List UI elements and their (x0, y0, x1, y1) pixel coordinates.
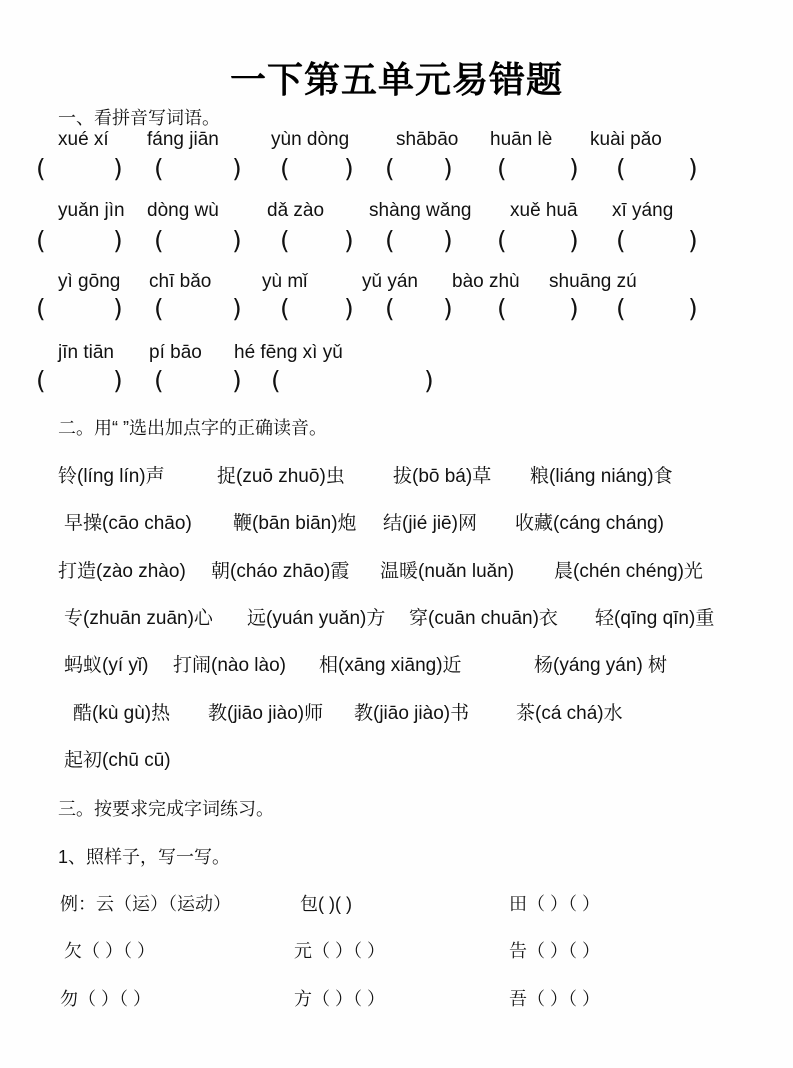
practice-cell[interactable]: 田（ ）（ ） (509, 890, 600, 916)
answer-blank-open-paren: ( (385, 154, 395, 183)
pinyin-prompt: xuě huā (510, 200, 578, 222)
practice-cell[interactable]: 欠（ ）（ ） (64, 937, 155, 963)
pinyin-prompt: xī yáng (612, 200, 673, 222)
answer-blank[interactable] (628, 230, 688, 256)
pinyin-prompt: yuǎn jìn (58, 200, 125, 222)
answer-blank-open-paren: ( (280, 226, 290, 255)
example-cell: 例：云（运）（运动） (60, 890, 231, 916)
reading-choice-item[interactable]: 捉(zuō zhuō)虫 (217, 461, 345, 488)
answer-blank-open-paren: ( (154, 366, 164, 395)
answer-blank-open-paren: ( (271, 366, 281, 395)
answer-blank-close-paren: ) (344, 154, 354, 183)
section3-subheading: 1、照样子，写一写。 (58, 843, 230, 869)
reading-choice-item[interactable]: 起初(chū cū) (64, 745, 171, 772)
reading-choice-item[interactable]: 温暖(nuǎn luǎn) (380, 556, 514, 583)
answer-blank-open-paren: ( (36, 366, 46, 395)
reading-choice-item[interactable]: 蚂蚁(yí yǐ) (64, 650, 148, 677)
answer-blank[interactable] (166, 370, 232, 396)
answer-blank[interactable] (48, 298, 113, 324)
answer-blank[interactable] (166, 158, 232, 184)
answer-blank[interactable] (292, 298, 344, 324)
worksheet-page: 一下第五单元易错题 一、看拼音写词语。 xué xífáng jiānyùn d… (0, 0, 793, 1068)
answer-blank-close-paren: ) (232, 226, 242, 255)
section3-heading: 三。按要求完成字词练习。 (58, 795, 274, 821)
reading-choice-item[interactable]: 结(jié jiē)网 (383, 508, 477, 535)
reading-choice-item[interactable]: 茶(cá chá)水 (516, 698, 623, 725)
practice-cell[interactable]: 告（ ）（ ） (509, 937, 600, 963)
answer-blank-open-paren: ( (36, 154, 46, 183)
reading-choice-item[interactable]: 晨(chén chéng)光 (554, 556, 703, 583)
reading-choice-item[interactable]: 轻(qīng qīn)重 (595, 603, 714, 630)
answer-blank-open-paren: ( (497, 294, 507, 323)
pinyin-prompt: hé fēng xì yǔ (234, 342, 343, 364)
reading-choice-item[interactable]: 远(yuán yuǎn)方 (247, 603, 385, 630)
answer-blank-close-paren: ) (688, 294, 698, 323)
reading-choice-item[interactable]: 粮(liáng niáng)食 (530, 461, 673, 488)
answer-blank-close-paren: ) (569, 226, 579, 255)
reading-choice-item[interactable]: 杨(yáng yán) 树 (534, 650, 667, 677)
answer-blank-close-paren: ) (443, 154, 453, 183)
pinyin-prompt: dòng wù (147, 200, 219, 222)
answer-blank-close-paren: ) (113, 366, 123, 395)
answer-blank-close-paren: ) (232, 366, 242, 395)
reading-choice-item[interactable]: 打造(zào zhào) (58, 556, 186, 583)
reading-choice-item[interactable]: 打闹(nào lào) (173, 650, 286, 677)
answer-blank[interactable] (166, 298, 232, 324)
answer-blank-open-paren: ( (385, 294, 395, 323)
pinyin-prompt: huān lè (490, 129, 552, 151)
practice-cell[interactable]: 勿（ ）（ ） (60, 985, 151, 1011)
pinyin-prompt: fáng jiān (147, 129, 219, 151)
answer-blank-open-paren: ( (280, 294, 290, 323)
practice-cell[interactable]: 元（ ）（ ） (294, 937, 385, 963)
answer-blank[interactable] (397, 158, 443, 184)
answer-blank[interactable] (48, 158, 113, 184)
answer-blank-open-paren: ( (385, 226, 395, 255)
answer-blank-close-paren: ) (569, 294, 579, 323)
reading-choice-item[interactable]: 早操(cāo chāo) (64, 508, 192, 535)
answer-blank-open-paren: ( (616, 294, 626, 323)
answer-blank[interactable] (166, 230, 232, 256)
answer-blank[interactable] (283, 370, 424, 396)
answer-blank[interactable] (397, 298, 443, 324)
reading-choice-item[interactable]: 穿(cuān chuān)衣 (409, 603, 558, 630)
section1-heading: 一、看拼音写词语。 (58, 104, 220, 130)
reading-choice-item[interactable]: 收藏(cáng cháng) (515, 508, 664, 535)
answer-blank-open-paren: ( (154, 154, 164, 183)
answer-blank[interactable] (292, 230, 344, 256)
answer-blank-open-paren: ( (497, 226, 507, 255)
pinyin-prompt: yǔ yán (362, 271, 418, 293)
pinyin-prompt: shuāng zú (549, 271, 637, 293)
answer-blank-open-paren: ( (154, 226, 164, 255)
pinyin-prompt: chī bǎo (149, 271, 211, 293)
reading-choice-item[interactable]: 酷(kù gù)热 (73, 698, 170, 725)
practice-cell[interactable]: 包( )( ) (300, 890, 352, 916)
answer-blank-close-paren: ) (113, 294, 123, 323)
answer-blank-close-paren: ) (113, 226, 123, 255)
pinyin-prompt: yì gōng (58, 271, 120, 293)
pinyin-prompt: yùn dòng (271, 129, 349, 151)
answer-blank-close-paren: ) (443, 294, 453, 323)
pinyin-prompt: yù mǐ (262, 271, 307, 293)
pinyin-prompt: shābāo (396, 129, 458, 151)
answer-blank-close-paren: ) (688, 226, 698, 255)
pinyin-prompt: xué xí (58, 129, 109, 151)
reading-choice-item[interactable]: 铃(líng lín)声 (58, 461, 165, 488)
pinyin-prompt: kuài pǎo (590, 129, 662, 151)
answer-blank[interactable] (48, 370, 113, 396)
answer-blank-open-paren: ( (616, 154, 626, 183)
answer-blank-close-paren: ) (569, 154, 579, 183)
answer-blank[interactable] (509, 230, 569, 256)
page-title: 一下第五单元易错题 (0, 52, 793, 103)
answer-blank-open-paren: ( (36, 294, 46, 323)
answer-blank[interactable] (48, 230, 113, 256)
answer-blank-open-paren: ( (616, 226, 626, 255)
answer-blank[interactable] (628, 158, 688, 184)
answer-blank-close-paren: ) (443, 226, 453, 255)
pinyin-prompt: shàng wǎng (369, 200, 471, 222)
practice-cell[interactable]: 方（ ）（ ） (294, 985, 385, 1011)
answer-blank-close-paren: ) (344, 294, 354, 323)
reading-choice-item[interactable]: 相(xāng xiāng)近 (319, 650, 462, 677)
answer-blank-close-paren: ) (232, 154, 242, 183)
reading-choice-item[interactable]: 教(jiāo jiào)师 (208, 698, 323, 725)
pinyin-prompt: pí bāo (149, 342, 202, 364)
answer-blank-open-paren: ( (36, 226, 46, 255)
reading-choice-item[interactable]: 鞭(bān biān)炮 (233, 508, 357, 535)
reading-choice-item[interactable]: 专(zhuān zuān)心 (64, 603, 213, 630)
reading-choice-item[interactable]: 拔(bō bá)草 (393, 461, 491, 488)
answer-blank-open-paren: ( (497, 154, 507, 183)
answer-blank[interactable] (628, 298, 688, 324)
answer-blank-close-paren: ) (344, 226, 354, 255)
reading-choice-item[interactable]: 朝(cháo zhāo)霞 (211, 556, 349, 583)
answer-blank[interactable] (509, 158, 569, 184)
answer-blank-close-paren: ) (232, 294, 242, 323)
answer-blank-close-paren: ) (113, 154, 123, 183)
answer-blank-close-paren: ) (688, 154, 698, 183)
answer-blank[interactable] (397, 230, 443, 256)
answer-blank[interactable] (509, 298, 569, 324)
pinyin-prompt: bào zhù (452, 271, 520, 293)
answer-blank[interactable] (292, 158, 344, 184)
pinyin-prompt: jīn tiān (58, 342, 114, 364)
pinyin-prompt: dǎ zào (267, 200, 324, 222)
reading-choice-item[interactable]: 教(jiāo jiào)书 (354, 698, 469, 725)
answer-blank-open-paren: ( (154, 294, 164, 323)
answer-blank-close-paren: ) (424, 366, 434, 395)
section2-heading: 二。用“ ”选出加点字的正确读音。 (58, 414, 327, 440)
answer-blank-open-paren: ( (280, 154, 290, 183)
practice-cell[interactable]: 吾（ ）（ ） (509, 985, 600, 1011)
